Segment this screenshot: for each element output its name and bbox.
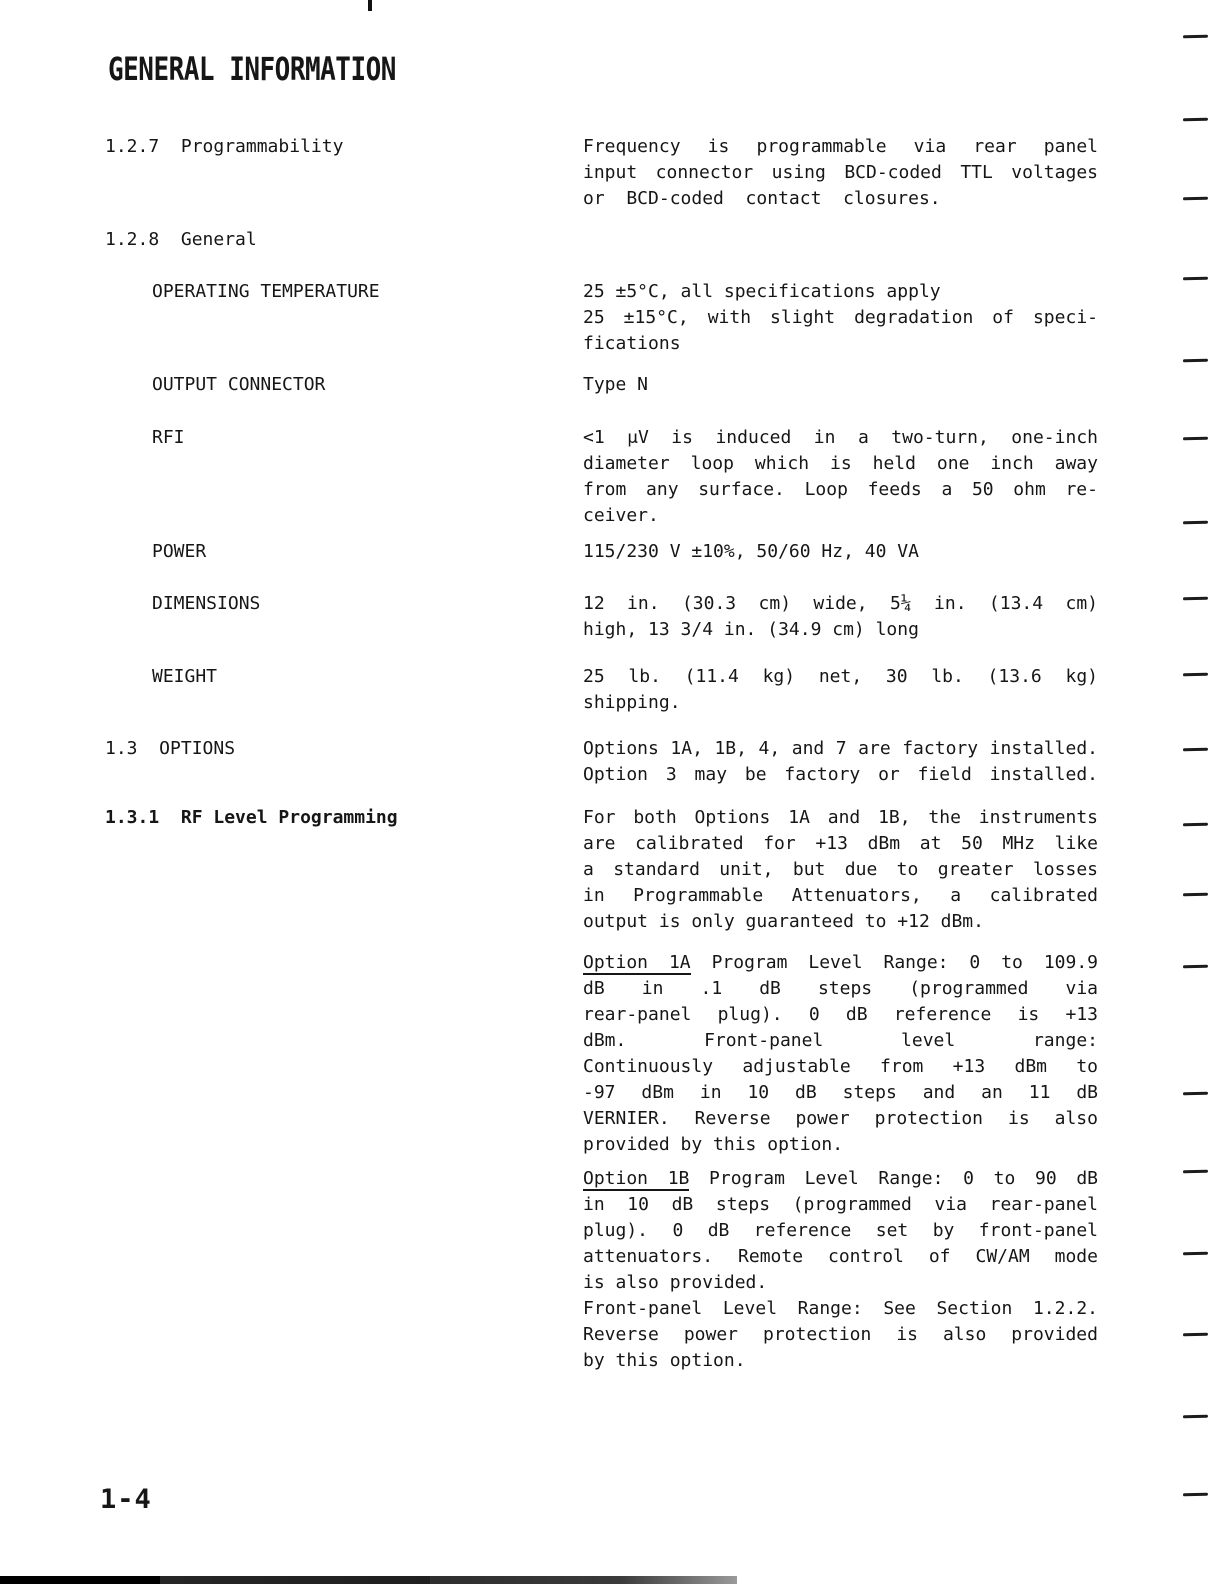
text-line: a standard unit, but due to greater loss… [583, 857, 1098, 883]
spec-value: Type N [583, 372, 1098, 398]
text-line: rear-panel plug). 0 dB reference is +13 [583, 1002, 1098, 1028]
text-line: VERNIER. Reverse power protection is als… [583, 1106, 1098, 1132]
margin-dash-artifact [1183, 893, 1208, 897]
scan-edge-bar-artifact [0, 1576, 737, 1584]
margin-dash-artifact [1183, 437, 1208, 441]
margin-dash-artifact [1183, 1092, 1208, 1096]
text-line: For both Options 1A and 1B, the instrume… [583, 805, 1098, 831]
text-line: dBm. Front-panel level range: [583, 1028, 1098, 1054]
option-1b-first-line-rest: Program Level Range: 0 to 90 dB [689, 1168, 1098, 1189]
rf-level-programming-text: For both Options 1A and 1B, the instrume… [583, 805, 1098, 935]
text-line: shipping. [583, 690, 1098, 716]
text-line: in Programmable Attenuators, a calibrate… [583, 883, 1098, 909]
text-line: Option 3 may be factory or field install… [583, 762, 1098, 788]
section-heading-1-3: 1.3 OPTIONS [105, 736, 235, 762]
margin-dash-artifact [1183, 277, 1208, 281]
margin-dash-artifact [1183, 1333, 1208, 1337]
text-line: fications [583, 331, 1098, 357]
text-line: attenuators. Remote control of CW/AM mod… [583, 1244, 1098, 1270]
page-title: GENERAL INFORMATION [108, 52, 396, 89]
text-line: <1 μV is induced in a two-turn, one-inch [583, 425, 1098, 451]
spec-value: 25 lb. (11.4 kg) net, 30 lb. (13.6 kg)sh… [583, 664, 1098, 716]
section-heading-1-2-7: 1.2.7 Programmability [105, 134, 343, 160]
text-line: Frequency is programmable via rear panel [583, 134, 1098, 160]
text-line: 25 ±5°C, all specifications apply [583, 279, 1098, 305]
margin-dash-artifact [1183, 673, 1208, 677]
text-line: in 10 dB steps (programmed via rear-pane… [583, 1192, 1098, 1218]
section-heading-1-3-1: 1.3.1 RF Level Programming [105, 805, 398, 831]
spec-label: POWER [152, 539, 206, 565]
options-text: Options 1A, 1B, 4, and 7 are factory ins… [583, 736, 1098, 788]
spec-value: 115/230 V ±10%, 50/60 Hz, 40 VA [583, 539, 1098, 565]
option-1b-lead: Option 1B [583, 1168, 689, 1191]
margin-dash-artifact [1183, 1170, 1208, 1174]
option-1a-first-line-rest: Program Level Range: 0 to 109.9 [691, 952, 1098, 973]
manual-page: GENERAL INFORMATION 1.2.7 Programmabilit… [0, 0, 1222, 1584]
text-line: Reverse power protection is also provide… [583, 1322, 1098, 1348]
text-line: are calibrated for +13 dBm at 50 MHz lik… [583, 831, 1098, 857]
margin-dash-artifact [1183, 197, 1208, 201]
text-line: ceiver. [583, 503, 1098, 529]
margin-dash-artifact [1183, 1415, 1208, 1419]
spec-label: DIMENSIONS [152, 591, 260, 617]
text-line: is also provided. [583, 1270, 1098, 1296]
text-line: output is only guaranteed to +12 dBm. [583, 909, 1098, 935]
margin-dash-artifact [1183, 35, 1208, 39]
text-line: input connector using BCD-coded TTL volt… [583, 160, 1098, 186]
text-line: Front-panel Level Range: See Section 1.2… [583, 1296, 1098, 1322]
text-line: from any surface. Loop feeds a 50 ohm re… [583, 477, 1098, 503]
text-line: plug). 0 dB reference set by front-panel [583, 1218, 1098, 1244]
option-1a-lead: Option 1A [583, 952, 691, 975]
margin-dash-artifact [1183, 1493, 1208, 1497]
margin-dash-artifact [1183, 521, 1208, 525]
spec-label: OPERATING TEMPERATURE [152, 279, 380, 305]
text-line: -97 dBm in 10 dB steps and an 11 dB [583, 1080, 1098, 1106]
spec-value: <1 μV is induced in a two-turn, one-inch… [583, 425, 1098, 529]
text-line: or BCD-coded contact closures. [583, 186, 1098, 212]
margin-dash-artifact [1183, 118, 1208, 122]
spec-label: OUTPUT CONNECTOR [152, 372, 325, 398]
spec-label: RFI [152, 425, 185, 451]
scan-tick-artifact [368, 0, 372, 11]
margin-dash-artifact [1183, 965, 1208, 969]
text-line: diameter loop which is held one inch awa… [583, 451, 1098, 477]
margin-dash-artifact [1183, 597, 1208, 601]
margin-dash-artifact [1183, 1252, 1208, 1256]
text-line: 12 in. (30.3 cm) wide, 5¼ in. (13.4 cm) [583, 591, 1098, 617]
text-line: Continuously adjustable from +13 dBm to [583, 1054, 1098, 1080]
margin-dash-artifact [1183, 748, 1208, 752]
text-line: Options 1A, 1B, 4, and 7 are factory ins… [583, 736, 1098, 762]
text-line: dB in .1 dB steps (programmed via [583, 976, 1098, 1002]
text-line: high, 13 3/4 in. (34.9 cm) long [583, 617, 1098, 643]
text-line: provided by this option. [583, 1132, 1098, 1158]
option-1b-first-line: Option 1B Program Level Range: 0 to 90 d… [583, 1166, 1098, 1192]
spec-value: 25 ±5°C, all specifications apply25 ±15°… [583, 279, 1098, 357]
option-1a-first-line: Option 1A Program Level Range: 0 to 109.… [583, 950, 1098, 976]
text-line: by this option. [583, 1348, 1098, 1374]
programmability-text: Frequency is programmable via rear panel… [583, 134, 1098, 212]
section-heading-1-2-8: 1.2.8 General [105, 227, 257, 253]
text-line: 25 lb. (11.4 kg) net, 30 lb. (13.6 kg) [583, 664, 1098, 690]
spec-value: 12 in. (30.3 cm) wide, 5¼ in. (13.4 cm)h… [583, 591, 1098, 643]
margin-dash-artifact [1183, 359, 1208, 363]
page-number: 1-4 [100, 1484, 152, 1515]
margin-dash-artifact [1183, 823, 1208, 827]
spec-label: WEIGHT [152, 664, 217, 690]
text-line: 25 ±15°C, with slight degradation of spe… [583, 305, 1098, 331]
option-1b-text: in 10 dB steps (programmed via rear-pane… [583, 1192, 1098, 1374]
option-1a-text: dB in .1 dB steps (programmed viarear-pa… [583, 976, 1098, 1158]
